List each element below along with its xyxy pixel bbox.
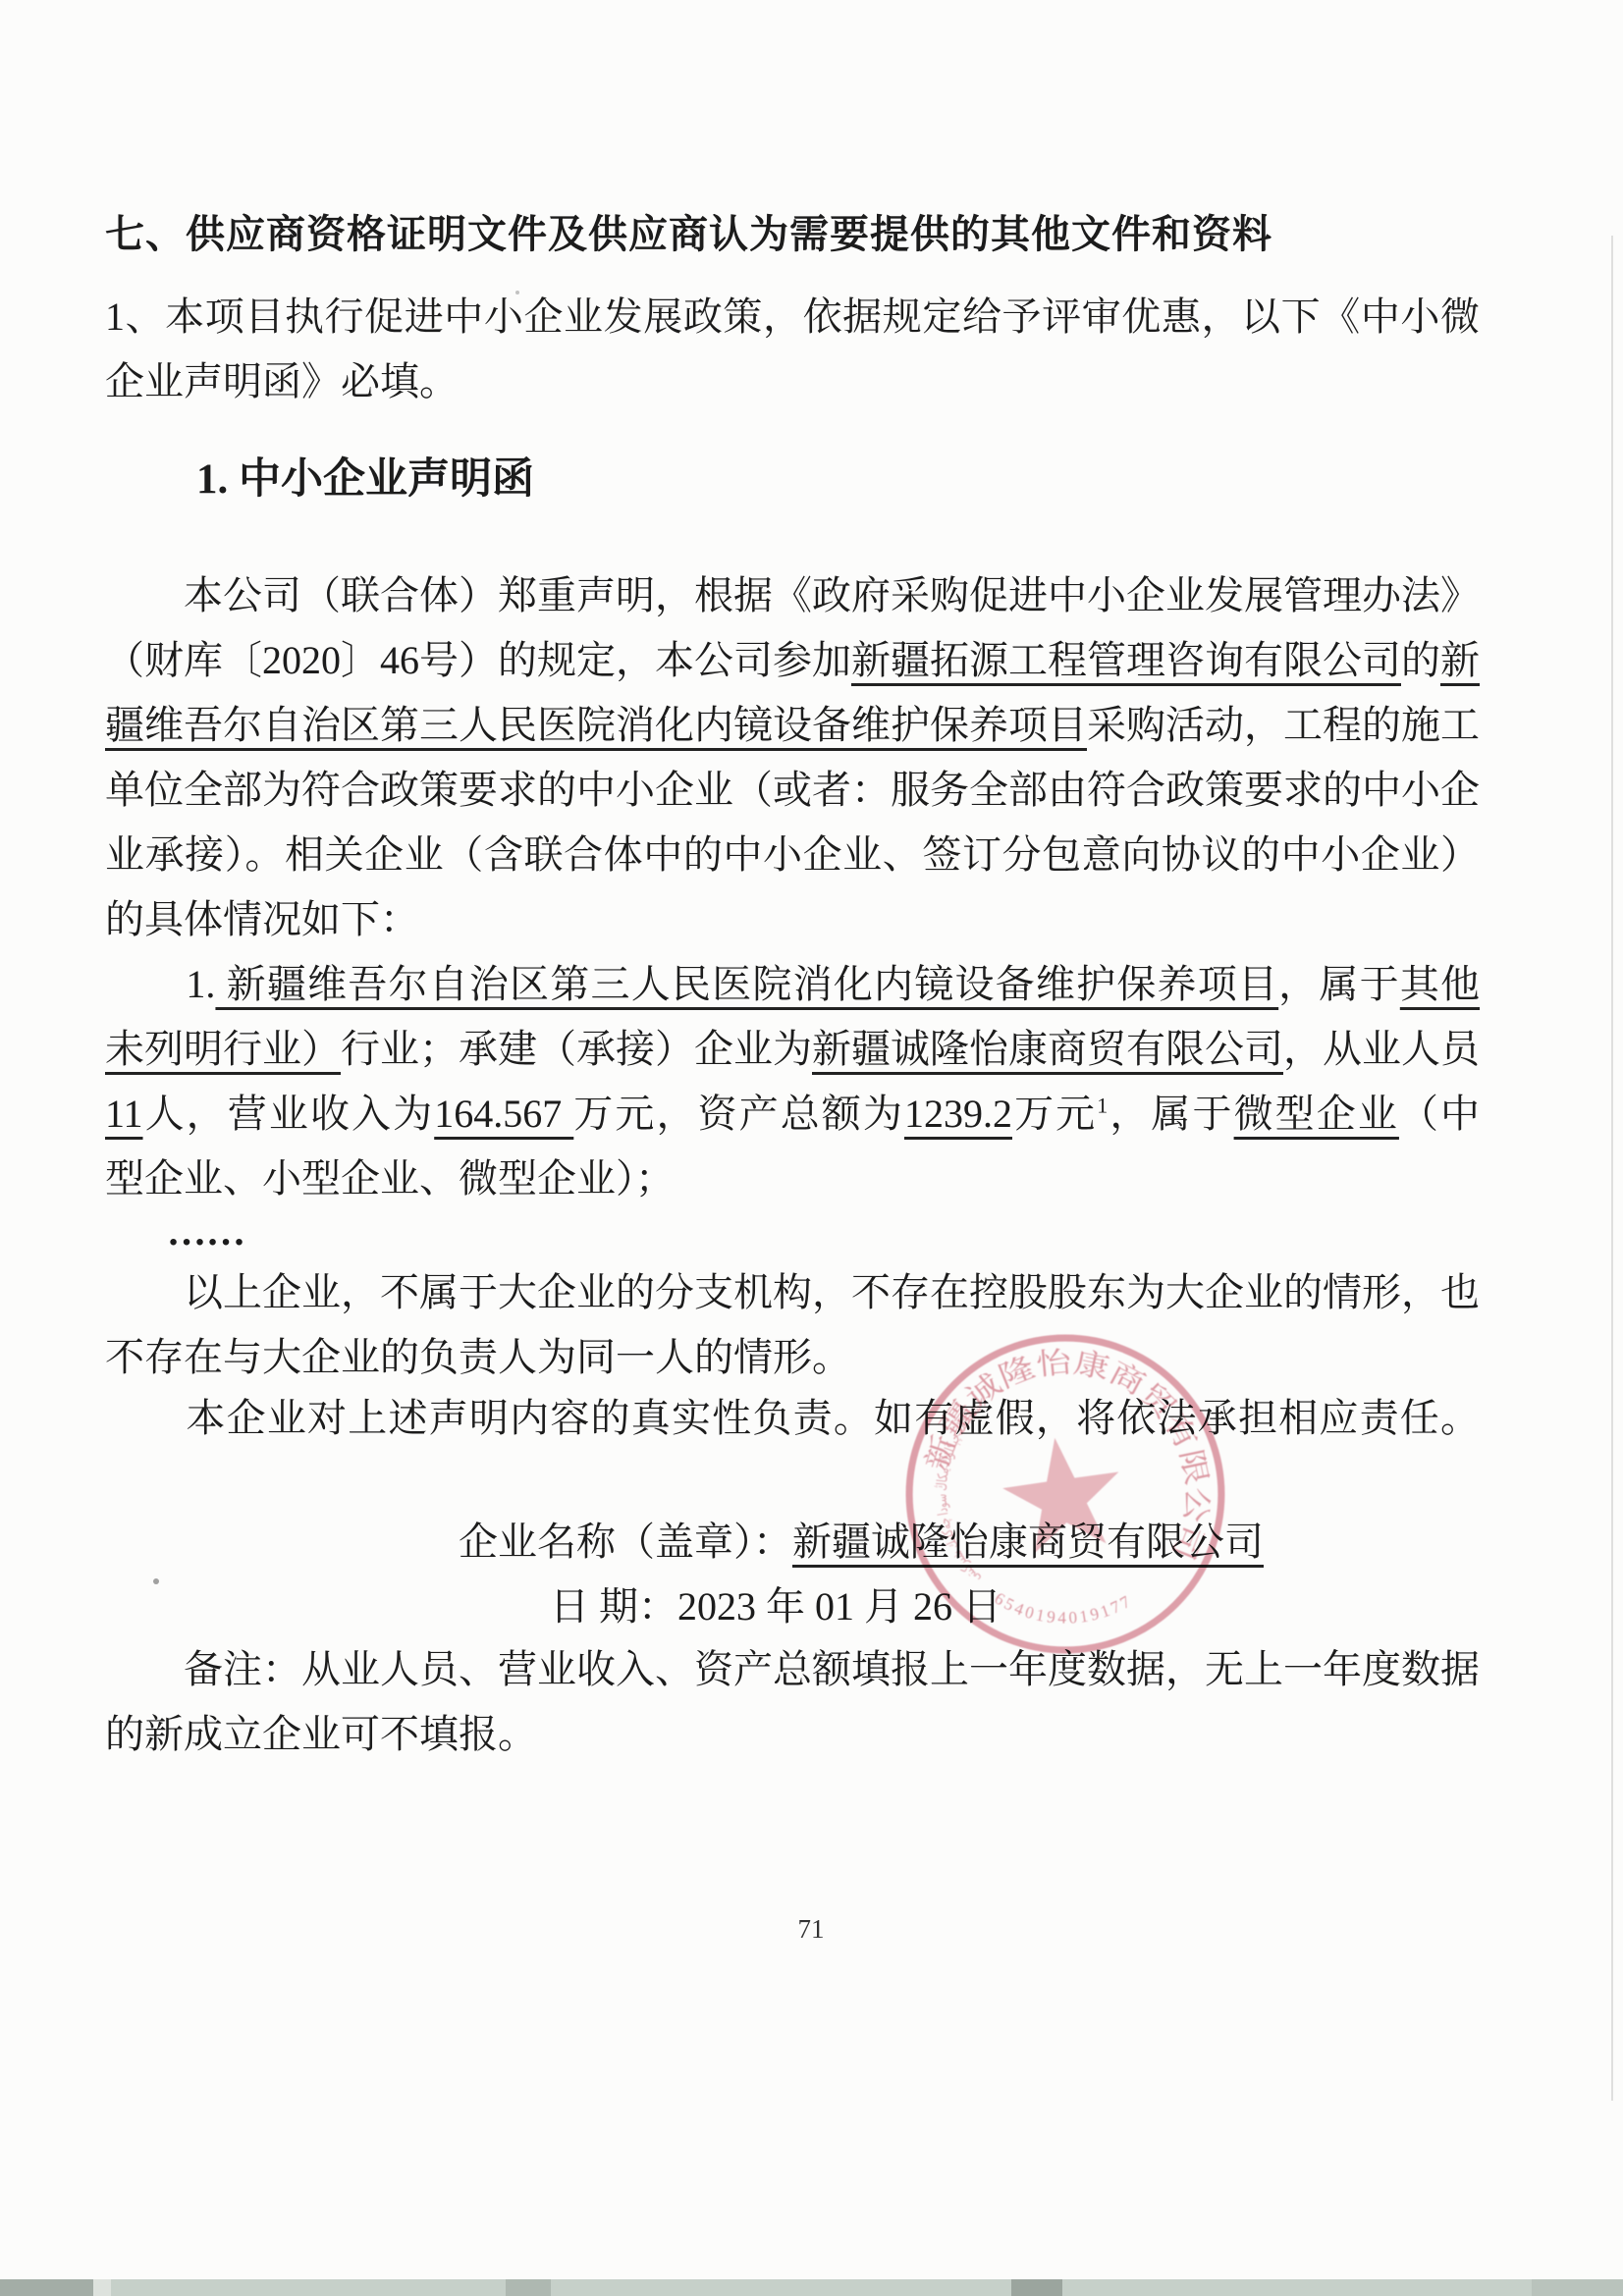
text-line: 以上企业，不属于大企业的分支机构，不存在控股股东为大企业的情形，也 — [105, 1260, 1480, 1325]
text-line: 不存在与大企业的负责人为同一人的情形。 — [105, 1325, 1480, 1390]
text-segment: 的新成立企业可不填报。 — [105, 1712, 537, 1756]
scan-bottom-strip — [0, 2279, 1623, 2296]
text-segment: 行业；承建（承接）企业为 — [341, 1027, 812, 1071]
text-segment: 本公司（联合体）郑重声明，根据《政府采购促进中小企业发展管理办法》 — [105, 573, 1480, 617]
text-segment: 企业名称（盖章）： — [459, 1520, 792, 1564]
underlined-text: 微型企业 — [1234, 1092, 1399, 1136]
section-heading: 七、供应商资格证明文件及供应商认为需要提供的其他文件和资料 — [105, 202, 1480, 267]
text-line: 企业声明函》必填。 — [105, 349, 1480, 414]
underlined-text: 1239.2 — [904, 1092, 1012, 1136]
text-line: 七、供应商资格证明文件及供应商认为需要提供的其他文件和资料 — [105, 202, 1480, 267]
scan-speck — [153, 1578, 159, 1584]
text-line: 单位全部为符合政策要求的中小企业（或者：服务全部由符合政策要求的中小企 — [105, 758, 1480, 823]
closing-para: 以上企业，不属于大企业的分支机构，不存在控股股东为大企业的情形，也不存在与大企业… — [105, 1260, 1480, 1390]
text-segment: ，属于 — [1278, 962, 1400, 1006]
text-segment: 采购活动，工程的施工 — [1087, 703, 1480, 747]
doc-title: 1. 中小企业声明函 — [196, 444, 534, 516]
underlined-text: 其他 — [1400, 962, 1480, 1006]
text-segment: 本企业对上述声明内容的真实性负责。如有虚假，将依法承担相应责任。 — [105, 1396, 1480, 1440]
strip-segment — [0, 2279, 93, 2296]
text-line: 1、本项目执行促进中小企业发展政策，依据规定给予评审优惠，以下《中小微 — [105, 285, 1480, 349]
scan-speck — [515, 291, 519, 294]
text-line: 的新成立企业可不填报。 — [105, 1702, 1480, 1767]
text-line: 业承接）。相关企业（含联合体中的中小企业、签订分包意向协议的中小企业） — [105, 823, 1480, 887]
underlined-text: 新 — [1440, 638, 1480, 682]
note: 备注：从业人员、营业收入、资产总额填报上一年度数据，无上一年度数据的新成立企业可… — [105, 1637, 1480, 1767]
text-segment: 的具体情况如下： — [105, 897, 419, 941]
text-segment: 万元，资产总额为 — [573, 1092, 904, 1136]
responsibility: 本企业对上述声明内容的真实性负责。如有虚假，将依法承担相应责任。 — [105, 1386, 1480, 1451]
text-segment: 备注：从业人员、营业收入、资产总额填报上一年度数据，无上一年度数据 — [105, 1647, 1480, 1691]
strip-segment — [1011, 2279, 1062, 2296]
scanned-document-page: 七、供应商资格证明文件及供应商认为需要提供的其他文件和资料1、本项目执行促进中小… — [0, 0, 1623, 2296]
text-line: 型企业、小型企业、微型企业）； — [105, 1147, 1480, 1211]
text-line: 未列明行业）行业；承建（承接）企业为新疆诚隆怡康商贸有限公司，从业人员 — [105, 1017, 1480, 1082]
underlined-text: 未列明行业） — [105, 1027, 341, 1071]
text-segment: （中 — [1399, 1092, 1480, 1136]
underlined-text: 新疆诚隆怡康商贸有限公司 — [812, 1027, 1283, 1071]
text-segment: …… — [167, 1209, 245, 1254]
text-line: 11人，营业收入为164.567 万元，资产总额为1239.2万元1，属于微型企… — [105, 1082, 1480, 1147]
underlined-text: 11 — [105, 1092, 143, 1136]
text-segment: 业承接）。相关企业（含联合体中的中小企业、签订分包意向协议的中小企业） — [105, 832, 1480, 877]
strip-segment — [1532, 2279, 1623, 2296]
ellipsis: …… — [167, 1200, 245, 1264]
text-segment: 1 — [1097, 1094, 1108, 1118]
text-line: 备注：从业人员、营业收入、资产总额填报上一年度数据，无上一年度数据 — [105, 1637, 1480, 1702]
text-segment: 七、供应商资格证明文件及供应商认为需要提供的其他文件和资料 — [105, 212, 1272, 256]
text-segment: 的 — [1401, 638, 1440, 682]
underlined-text: 164.567 — [434, 1092, 573, 1136]
text-segment: 人，营业收入为 — [143, 1092, 435, 1136]
text-line: …… — [167, 1200, 245, 1264]
declaration: 本公司（联合体）郑重声明，根据《政府采购促进中小企业发展管理办法》（财库〔202… — [105, 563, 1480, 952]
underlined-text: 新疆拓源工程管理咨询有限公司 — [851, 638, 1401, 682]
underlined-text: 疆维吾尔自治区第三人民医院消化内镜设备维护保养项目 — [105, 703, 1087, 747]
text-segment: 以上企业，不属于大企业的分支机构，不存在控股股东为大企业的情形，也 — [105, 1270, 1480, 1314]
underlined-text: 新疆维吾尔自治区第三人民医院消化内镜设备维护保养项目 — [215, 962, 1278, 1006]
text-line: 1. 中小企业声明函 — [196, 444, 534, 516]
text-line: 疆维吾尔自治区第三人民医院消化内镜设备维护保养项目采购活动，工程的施工 — [105, 693, 1480, 758]
text-segment: 不存在与大企业的负责人为同一人的情形。 — [105, 1335, 851, 1379]
star-icon — [1002, 1438, 1118, 1554]
text-segment: ，属于 — [1108, 1092, 1233, 1136]
strip-segment — [93, 2279, 111, 2296]
item1: 1. 新疆维吾尔自治区第三人民医院消化内镜设备维护保养项目，属于其他未列明行业）… — [105, 952, 1480, 1211]
text-segment: 1. 中小企业声明函 — [196, 456, 534, 503]
text-segment: 型企业、小型企业、微型企业）； — [105, 1156, 675, 1201]
page-number: 71 — [752, 1914, 870, 1945]
stamp-serial-number: 6540194019177 — [992, 1589, 1136, 1628]
text-segment: 1. — [105, 962, 215, 1006]
text-segment: 万元 — [1012, 1092, 1097, 1136]
company-seal-stamp: 新疆诚隆怡康商贸有限公司 شىنجاڭ چېڭلۇڭ يىكاڭ سودا چە… — [901, 1330, 1229, 1658]
text-segment: 单位全部为符合政策要求的中小企业（或者：服务全部由符合政策要求的中小企 — [105, 768, 1480, 812]
text-line: （财库〔2020〕46号）的规定，本公司参加新疆拓源工程管理咨询有限公司的新 — [105, 628, 1480, 693]
text-line: 1. 新疆维吾尔自治区第三人民医院消化内镜设备维护保养项目，属于其他 — [105, 952, 1480, 1017]
scan-edge-line — [1611, 236, 1613, 2101]
text-line: 本企业对上述声明内容的真实性负责。如有虚假，将依法承担相应责任。 — [105, 1386, 1480, 1451]
text-segment: ，从业人员 — [1283, 1027, 1480, 1071]
text-line: 的具体情况如下： — [105, 887, 1480, 952]
text-segment: 1、本项目执行促进中小企业发展政策，依据规定给予评审优惠，以下《中小微 — [105, 294, 1480, 339]
text-line: 本公司（联合体）郑重声明，根据《政府采购促进中小企业发展管理办法》 — [105, 563, 1480, 628]
text-segment: 企业声明函》必填。 — [105, 359, 459, 403]
strip-segment — [506, 2279, 551, 2296]
text-segment: （财库〔2020〕46号）的规定，本公司参加 — [105, 638, 851, 682]
intro: 1、本项目执行促进中小企业发展政策，依据规定给予评审优惠，以下《中小微企业声明函… — [105, 285, 1480, 414]
